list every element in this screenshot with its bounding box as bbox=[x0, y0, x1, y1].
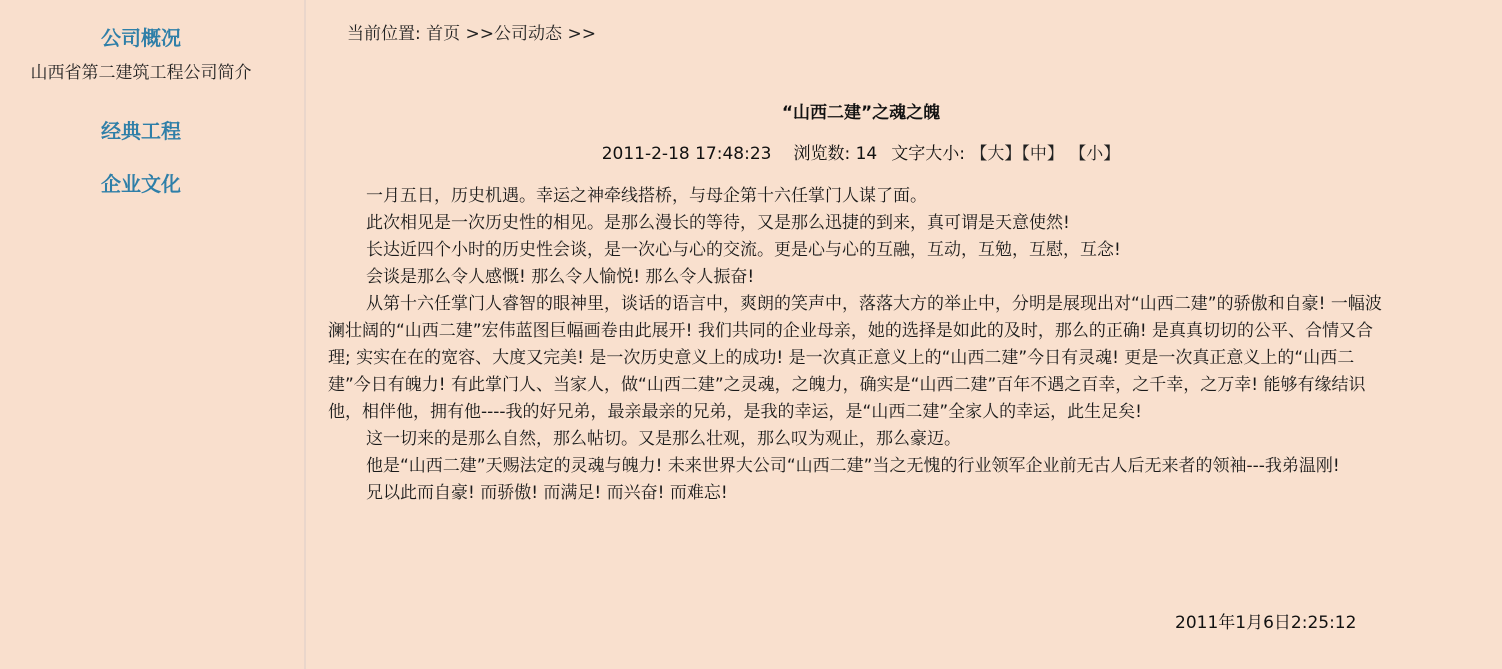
article-paragraph: 从第十六任掌门人睿智的眼神里，谈话的语言中，爽朗的笑声中，落落大方的举止中，分明… bbox=[328, 291, 1388, 426]
font-size-small-button[interactable]: 【小】 bbox=[1069, 144, 1120, 164]
breadcrumb-section-link[interactable]: 公司动态 bbox=[494, 24, 562, 44]
views-label: 浏览数: bbox=[793, 144, 850, 164]
article-paragraph: 兄以此而自豪! 而骄傲! 而满足! 而兴奋! 而难忘! bbox=[328, 480, 1388, 507]
breadcrumb-prefix: 当前位置: bbox=[347, 24, 421, 44]
font-size-large-button[interactable]: 【大】 bbox=[970, 144, 1021, 164]
article-paragraph: 会谈是那么令人感慨! 那么令人愉悦! 那么令人振奋! bbox=[328, 264, 1388, 291]
sidebar-item-company-overview[interactable]: 公司概况 bbox=[0, 22, 282, 51]
sidebar-item-corporate-culture[interactable]: 企业文化 bbox=[0, 168, 282, 197]
publish-date: 2011-2-18 17:48:23 bbox=[602, 144, 772, 164]
breadcrumb-separator: >> bbox=[562, 24, 596, 44]
article-meta: 2011-2-18 17:48:23浏览数: 14文字大小: 【大】【中】 【小… bbox=[306, 139, 1416, 164]
article-paragraph: 此次相见是一次历史性的相见。是那么漫长的等待，又是那么迅捷的到来，真可谓是天意使… bbox=[328, 210, 1388, 237]
signature-timestamp: 2011年1月6日2:25:12 bbox=[1175, 608, 1356, 633]
article-paragraph: 一月五日，历史机遇。幸运之神牵线搭桥，与母企第十六任掌门人谋了面。 bbox=[328, 183, 1388, 210]
breadcrumb-home-link[interactable]: 首页 bbox=[426, 24, 460, 44]
main-content: 当前位置: 首页 >>公司动态 >> “山西二建”之魂之魄 2011-2-18 … bbox=[306, 0, 1502, 669]
views-count: 14 bbox=[856, 144, 878, 164]
font-size-medium-button[interactable]: 【中】 bbox=[1021, 144, 1064, 164]
sidebar: 公司概况 山西省第二建筑工程公司简介 经典工程 企业文化 bbox=[0, 0, 304, 669]
article-paragraph: 这一切来的是那么自然，那么帖切。又是那么壮观，那么叹为观止，那么豪迈。 bbox=[328, 426, 1388, 453]
breadcrumb-separator: >> bbox=[460, 24, 494, 44]
font-size-label: 文字大小: bbox=[891, 144, 965, 164]
article-body: 一月五日，历史机遇。幸运之神牵线搭桥，与母企第十六任掌门人谋了面。 此次相见是一… bbox=[328, 183, 1388, 507]
sidebar-subitem-company-intro[interactable]: 山西省第二建筑工程公司简介 bbox=[0, 58, 282, 83]
article-paragraph: 他是“山西二建”天赐法定的灵魂与魄力! 未来世界大公司“山西二建”当之无愧的行业… bbox=[328, 453, 1388, 480]
article-paragraph: 长达近四个小时的历史性会谈，是一次心与心的交流。更是心与心的互融，互动，互勉，互… bbox=[328, 237, 1388, 264]
breadcrumb: 当前位置: 首页 >>公司动态 >> bbox=[347, 19, 596, 44]
article-title: “山西二建”之魂之魄 bbox=[306, 98, 1416, 123]
sidebar-item-classic-projects[interactable]: 经典工程 bbox=[0, 115, 282, 144]
